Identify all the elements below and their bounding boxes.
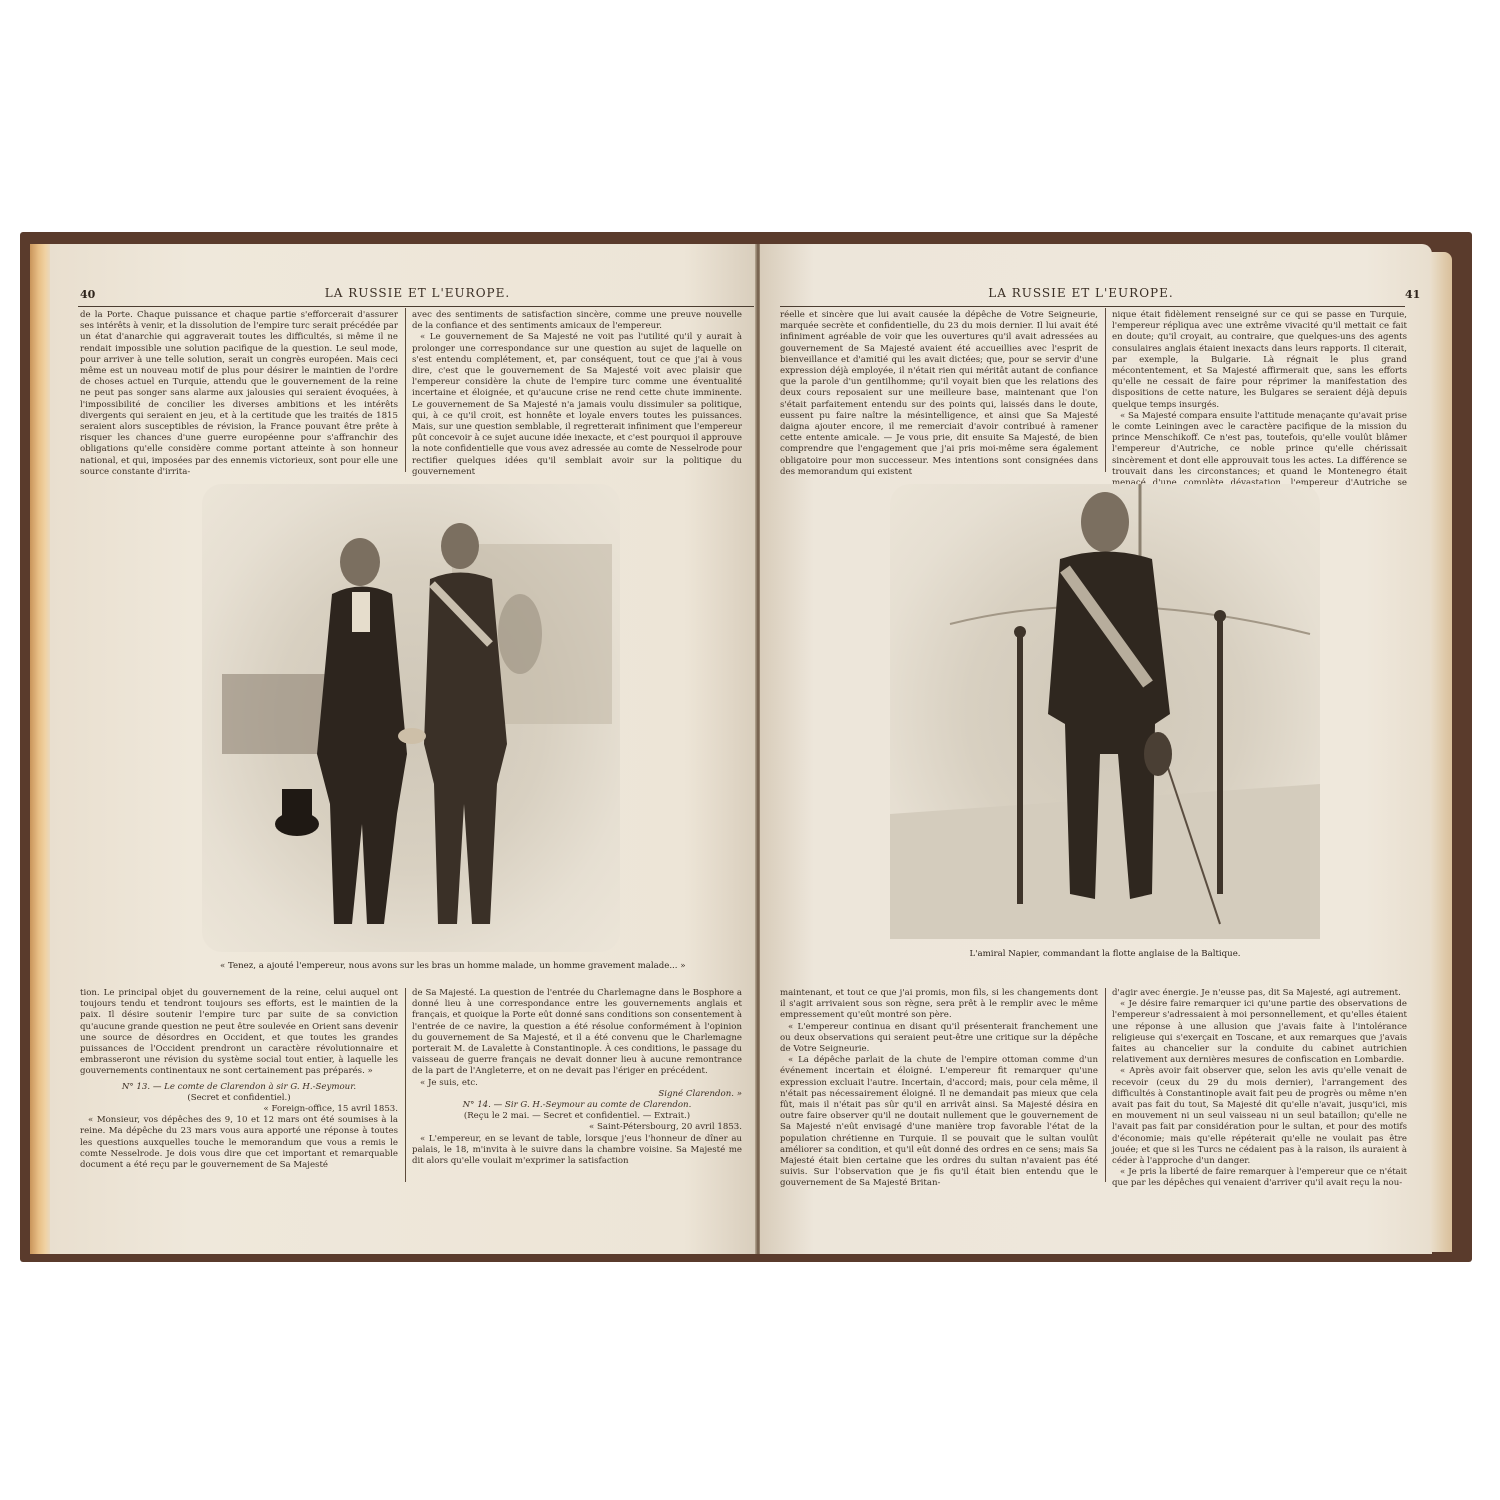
column-divider — [1105, 308, 1106, 472]
document-14-heading: N° 14. — Sir G. H.-Seymour au comte de C… — [412, 1100, 742, 1111]
right-bottom-column-1: maintenant, et tout ce que j'ai promis, … — [780, 988, 1098, 1190]
left-bottom-column-2: de Sa Majesté. La question de l'entrée d… — [412, 988, 742, 1167]
document-13-heading: N° 13. — Le comte de Clarendon à sir G. … — [80, 1082, 398, 1093]
right-bottom-column-2: d'agir avec énergie. Je n'eusse pas, dit… — [1112, 988, 1407, 1190]
illustration-caption-right: L'amiral Napier, commandant la flotte an… — [950, 949, 1260, 959]
page-edges-left — [30, 244, 52, 1254]
left-top-column-1: de la Porte. Chaque puissance et chaque … — [80, 310, 398, 478]
right-top-column-2: nique était fidèlement renseigné sur ce … — [1112, 310, 1407, 500]
page-number-right: 41 — [1405, 288, 1420, 301]
header-rule — [78, 306, 754, 307]
left-page: 40 LA RUSSIE ET L'EUROPE. de la Porte. C… — [50, 244, 755, 1254]
page-edges-right — [1430, 252, 1452, 1252]
illustration-two-men-shaking-hands — [202, 484, 620, 952]
left-bottom-column-1: tion. Le principal objet du gouvernement… — [80, 988, 398, 1171]
engraving-handshake — [202, 484, 620, 952]
column-divider — [405, 988, 406, 1182]
illustration-admiral-standing-on-deck — [890, 484, 1320, 939]
illustration-caption-left: « Tenez, a ajouté l'empereur, nous avons… — [220, 961, 620, 971]
header-rule — [780, 306, 1405, 307]
running-title-right: LA RUSSIE ET L'EUROPE. — [760, 286, 1402, 300]
engraving-admiral-napier — [890, 484, 1320, 939]
column-divider — [405, 308, 406, 472]
running-title-left: LA RUSSIE ET L'EUROPE. — [80, 286, 755, 300]
left-top-column-2: avec des sentiments de satisfaction sinc… — [412, 310, 742, 478]
right-page: LA RUSSIE ET L'EUROPE. 41 réelle et sinc… — [760, 244, 1432, 1254]
right-top-column-1: réelle et sincère que lui avait causée l… — [780, 310, 1098, 478]
signature: Signé Clarendon. » — [412, 1089, 742, 1100]
column-divider — [1105, 988, 1106, 1182]
